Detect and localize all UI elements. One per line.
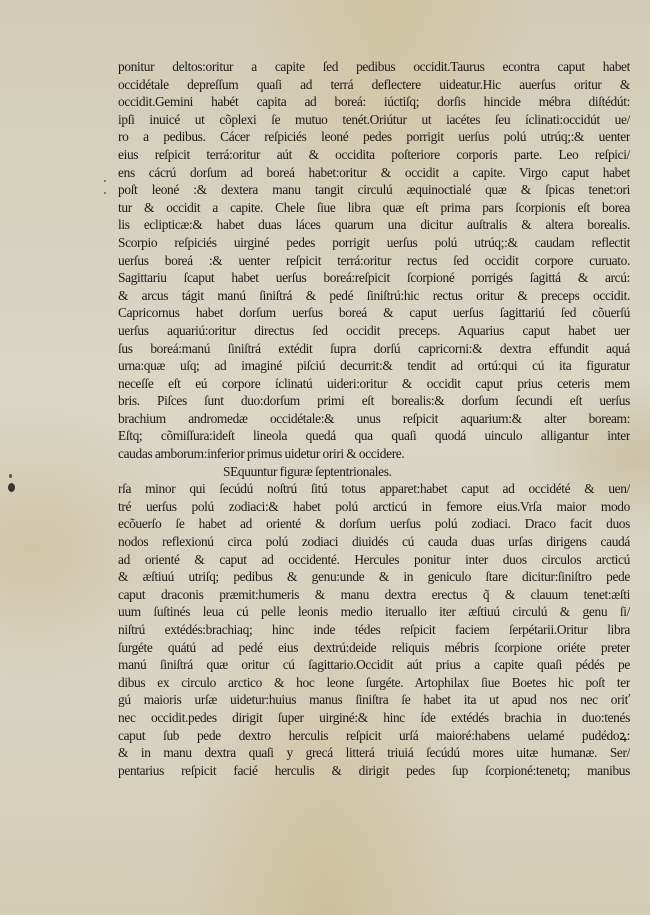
text-line: ipſi inuicé ut cõplexi ſe mutuo tenét.Or… — [118, 111, 630, 129]
text-line: V rſa minor qui ſecúdú noſtrú ſitú totus… — [118, 480, 630, 498]
text-line: bris. Piſces ſunt duo:dorſum primi eſt b… — [118, 392, 630, 410]
text-line: uerſus aquariú:oritur directus ſed occid… — [118, 322, 630, 340]
ink-stain — [9, 474, 12, 478]
ink-stain — [8, 483, 15, 492]
text-line: ad orienté & caput ad occidenté. Hercule… — [118, 551, 630, 569]
text-line: caudas amborum:inferior primus uidetur o… — [118, 445, 630, 463]
text-line: occidit.Gemini habét capita ad boreá: iú… — [118, 93, 630, 111]
text-line: Eſtq; cõmiſſura:ideſt lineola quedá qua … — [118, 427, 630, 445]
text-line: ſurgéte quátú ad pedé eius dextrú:deide … — [118, 639, 630, 657]
text-line: Capricornus habet dorſum uerſus boreá & … — [118, 304, 630, 322]
text-line: Scorpio reſpiciés uirginé pedes porrigit… — [118, 234, 630, 252]
text-line: ens cácrú dorſum ad boreá habet:oritur &… — [118, 164, 630, 182]
text-line-content: rſa minor qui ſecúdú noſtrú ſitú totus a… — [118, 481, 630, 496]
text-line: gú maioris urſæ uidetur:huius manus ſini… — [118, 691, 630, 709]
text-line: ſus boreá:manú ſiniſtrá extédit ſupra do… — [118, 340, 630, 358]
text-line: pentarius reſpicit facié herculis & diri… — [118, 762, 630, 780]
text-line: lis eclipticæ:& habet duas láces quarum … — [118, 216, 630, 234]
text-line: poſt leoné :& dextera manu tangit circul… — [118, 181, 630, 199]
text-line: manú ſiniſtrá quæ oritur cú ſagittario.O… — [118, 656, 630, 674]
text-line: niſtrú extédés:brachiaq; hinc inde tédes… — [118, 621, 630, 639]
book-page: ponitur deltos:oritur a capite ſed pedib… — [0, 0, 650, 915]
text-line: eius reſpicit terrá:oritur aút & occidit… — [118, 146, 630, 164]
text-line: & in manu dextra quaſi y grecá litterá t… — [118, 744, 630, 762]
section-heading: SEquuntur figuræ ſeptentrionales. — [118, 463, 630, 481]
text-line: nec occidit.pedes dirigit ſuper uirginé:… — [118, 709, 630, 727]
text-line: urna:quæ uſq; ad imaginé piſciú decurrit… — [118, 357, 630, 375]
text-line: uum ſuſtinés leua cú pelle leonis medio … — [118, 603, 630, 621]
text-line: neceſſe eſt eú corpore íclinatú uideri:o… — [118, 375, 630, 393]
text-line: ponitur deltos:oritur a capite ſed pedib… — [118, 58, 630, 76]
margin-mark — [104, 192, 106, 194]
text-line: occidétale depreſſum quaſi ad terrá defl… — [118, 76, 630, 94]
margin-mark — [104, 180, 106, 182]
text-block: ponitur deltos:oritur a capite ſed pedib… — [118, 58, 630, 779]
text-line: nodos reflexionú circa polú zodiaci diui… — [118, 533, 630, 551]
text-line: ro a pedibus. Cácer reſpiciés leoné pede… — [118, 128, 630, 146]
text-line: dibus ex circulo arctico & hoc leone ſur… — [118, 674, 630, 692]
text-line: & æſtiuú utriſq; pedibus & genu:unde & i… — [118, 568, 630, 586]
text-line: Sagittariu ſcaput habet uerſus boreá:reſ… — [118, 269, 630, 287]
text-line: caput ſub pede dextro herculis reſpicit … — [118, 727, 630, 745]
text-line: uerſus boreá :& uenter reſpicit terrá:or… — [118, 252, 630, 270]
text-line: ecõuerſo ſe habet ad orienté & dorſum ue… — [118, 515, 630, 533]
text-line: tré uerſus polú zodiaci:& habet polú arc… — [118, 498, 630, 516]
text-line: caput draconis præmit:humeris & manu dex… — [118, 586, 630, 604]
text-line: brachium andromedæ occidétale:& unus reſ… — [118, 410, 630, 428]
text-line: & arcus tágit manú ſiniſtrá & pedé ſiniſ… — [118, 287, 630, 305]
text-line: tur & occidit a capite. Chele ſiue libra… — [118, 199, 630, 217]
